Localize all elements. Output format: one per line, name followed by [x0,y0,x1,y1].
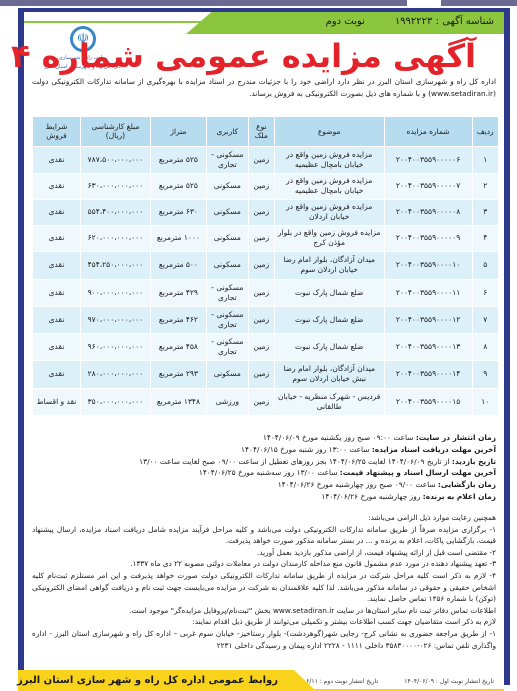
cell-terms: نقدی [33,360,81,388]
cell-subject: مزایده فروش زمین واقع در خیابان اردلان [274,199,384,225]
top-bar [0,0,517,6]
cell-price: ۶۳۰،۰۰۰،۰۰۰،۰۰۰ [80,173,150,199]
cell-ownership: زمین [248,146,274,173]
cell-terms: نقدی [33,225,81,251]
cell-subject: میدان آزادگان، بلوار امام رضا خیابان ارد… [274,251,384,279]
page-title: آگهی مزایده عمومی شماره ۴ [11,37,476,75]
cell-terms: نقدی [33,279,81,306]
cell-area: ۵۲۵ مترمربع [150,146,206,173]
cell-ownership: زمین [248,306,274,333]
cell-terms: نقدی [33,333,81,360]
cell-ownership: زمین [248,173,274,199]
note-line: همچنین رعایت موارد ذیل الزامی می‌باشد: [32,512,496,524]
schedule-value: ساعت ۰۹:۰۰ صبح روز یکشنبه مورخ ۱۴۰۴/۰۶/۰… [263,433,416,442]
cell-usage: مسکونی [206,225,248,251]
table-row: ۵ ۲۰۰۴۰۰۳۵۵۹۰۰۰۰۱۰ میدان آزادگان، بلوار … [33,251,499,279]
cell-price: ۳۵۰،۰۰۰،۰۰۰،۰۰۰ [80,388,150,415]
table-row: ۷ ۲۰۰۴۰۰۳۵۵۹۰۰۰۰۱۲ ضلع شمال پارک نبوت زم… [33,306,499,333]
cell-auction-no: ۲۰۰۴۰۰۳۵۵۹۰۰۰۰۱۲ [384,306,472,333]
cell-usage: مسکونی - تجاری [206,279,248,306]
cell-terms: نقدی [33,146,81,173]
table-row: ۴ ۲۰۰۴۰۰۳۵۵۹۰۰۰۰۰۹ مزایده فروش زمین واقع… [33,225,499,251]
cell-row: ۸ [472,333,498,360]
cell-price: ۹۷۰،۰۰۰،۰۰۰،۰۰۰ [80,306,150,333]
cell-area: ۵۲۵ مترمربع [150,173,206,199]
note-line: ۱- برگزاری مزایده صرفاً از طریق سامانه ت… [32,524,496,547]
cell-subject: فردیس - شهرک منظریه - خیابان طالقانی [274,388,384,415]
col-area: متراژ [150,117,206,146]
cell-ownership: زمین [248,251,274,279]
schedule-line: تاریخ بازدید: از تاریخ ۱۴۰۴/۰۶/۰۹ لغایت … [32,456,496,468]
notice-frame: شناسه آگهی : ۱۹۹۲۲۲۳ نوبت دوم ☫ وزارت را… [18,8,510,685]
cell-usage: ورزشی [206,388,248,415]
cell-auction-no: ۲۰۰۴۰۰۳۵۵۹۰۰۰۰۰۶ [384,146,472,173]
schedule-line: زمان اعلام به برنده: روز چهارشنبه مورخ ۱… [32,491,496,503]
cell-ownership: زمین [248,360,274,388]
schedule-label: زمان اعلام به برنده: [423,492,496,501]
cell-ownership: زمین [248,199,274,225]
cell-usage: مسکونی [206,251,248,279]
schedule-label: آخرین مهلت ارسال اسناد و پیشنهاد قیمت: [340,468,496,477]
schedule-value: ساعت ۱۳:۰۰ روز شنبه مورخ ۱۴۰۴/۰۶/۱۵ [241,445,372,454]
cell-usage: مسکونی [206,199,248,225]
ad-id: شناسه آگهی : ۱۹۹۲۲۲۳ [395,16,494,27]
cell-auction-no: ۲۰۰۴۰۰۳۵۵۹۰۰۰۰۱۰ [384,251,472,279]
cell-auction-no: ۲۰۰۴۰۰۳۵۵۹۰۰۰۰۱۳ [384,333,472,360]
cell-subject: ضلع شمال پارک نبوت [274,306,384,333]
cell-usage: مسکونی [206,173,248,199]
cell-auction-no: ۲۰۰۴۰۰۳۵۵۹۰۰۰۰۱۱ [384,279,472,306]
note-line: ۱- از طریق مراجعه حضوری به نشانی کرج- رج… [32,628,496,651]
schedule-value: ساعت ۰۹/۰۰ صبح روز چهارشنبه مورخ ۱۴۰۴/۰۶… [278,480,438,489]
cell-subject: مزایده فروش زمین واقع در بلوار مؤذن کرج [274,225,384,251]
cell-row: ۱ [472,146,498,173]
schedule-label: زمان انتشار در سایت: [416,433,496,442]
table-row: ۶ ۲۰۰۴۰۰۳۵۵۹۰۰۰۰۱۱ ضلع شمال پارک نبوت زم… [33,279,499,306]
cell-area: ۲۹۳ مترمربع [150,360,206,388]
first-publication-date: تاریخ انتشار نوبت اول : ۱۴۰۴/۰۶/۰۹ [404,678,494,685]
col-auction-no: شماره مزایده [384,117,472,146]
table-row: ۱ ۲۰۰۴۰۰۳۵۵۹۰۰۰۰۰۶ مزایده فروش زمین واقع… [33,146,499,173]
table-row: ۲ ۲۰۰۴۰۰۳۵۵۹۰۰۰۰۰۷ مزایده فروش زمین واقع… [33,173,499,199]
cell-usage: مسکونی - تجاری [206,306,248,333]
cell-price: ۵۵۴،۴۰۰،۰۰۰،۰۰۰ [80,199,150,225]
schedule-line: زمان بازگشایی: ساعت ۰۹/۰۰ صبح روز چهارشن… [32,479,496,491]
schedule-label: تاریخ بازدید: [452,457,496,466]
table-row: ۹ ۲۰۰۴۰۰۳۵۵۹۰۰۰۰۱۴ میدان آزادگان، بلوار … [33,360,499,388]
table-row: ۱۰ ۲۰۰۴۰۰۳۵۵۹۰۰۰۰۱۵ فردیس - شهرک منظریه … [33,388,499,415]
cell-area: ۴۵۸ مترمربع [150,333,206,360]
table-row: ۸ ۲۰۰۴۰۰۳۵۵۹۰۰۰۰۱۳ ضلع شمال پارک نبوت زم… [33,333,499,360]
cell-auction-no: ۲۰۰۴۰۰۳۵۵۹۰۰۰۰۰۸ [384,199,472,225]
col-subject: موضوع [274,117,384,146]
cell-auction-no: ۲۰۰۴۰۰۳۵۵۹۰۰۰۰۱۴ [384,360,472,388]
col-ownership: نوع ملک [248,117,274,146]
cell-row: ۵ [472,251,498,279]
cell-area: ۱۰۰۰ مترمربع [150,225,206,251]
cell-row: ۷ [472,306,498,333]
schedule-block: زمان انتشار در سایت: ساعت ۰۹:۰۰ صبح روز … [32,432,496,503]
cell-terms: نقدی [33,199,81,225]
cell-price: ۲۸۰،۰۰۰،۰۰۰،۰۰۰ [80,360,150,388]
cell-row: ۳ [472,199,498,225]
cell-price: ۷۸۷،۵۰۰،۰۰۰،۰۰۰ [80,146,150,173]
cell-area: ۴۶۲ مترمربع [150,306,206,333]
cell-area: ۶۳۰ مترمربع [150,199,206,225]
note-line: ۳- تعهد پیشنهاد دهنده در مورد عدم مشمول … [32,558,496,570]
cell-price: ۹۰۰،۰۰۰،۰۰۰،۰۰۰ [80,279,150,306]
cell-price: ۶۲۰،۰۰۰،۰۰۰،۰۰۰ [80,225,150,251]
cell-auction-no: ۲۰۰۴۰۰۳۵۵۹۰۰۰۰۱۵ [384,388,472,415]
cell-price: ۹۶۰،۰۰۰،۰۰۰،۰۰۰ [80,333,150,360]
footer-organization: روابط عمومی اداره کل راه و شهر سازی استا… [28,675,278,686]
table-row: ۳ ۲۰۰۴۰۰۳۵۵۹۰۰۰۰۰۸ مزایده فروش زمین واقع… [33,199,499,225]
cell-ownership: زمین [248,225,274,251]
cell-row: ۲ [472,173,498,199]
note-line: لازم به ذکر است متقاضیان جهت کسب اطلاعات… [32,616,496,628]
note-line: ۲- مقتضی است قبل از ارائه پیشنهاد قیمت، … [32,547,496,559]
cell-row: ۱۰ [472,388,498,415]
cell-row: ۶ [472,279,498,306]
col-row: ردیف [472,117,498,146]
top-bar-notch [407,0,441,6]
schedule-label: زمان بازگشایی: [438,480,496,489]
schedule-value: از تاریخ ۱۴۰۴/۰۶/۰۹ لغایت ۱۴۰۴/۰۶/۲۵ بجز… [139,457,452,466]
table-header-row: ردیف شماره مزایده موضوع نوع ملک کاربری م… [33,117,499,146]
cell-usage: مسکونی - تجاری [206,333,248,360]
col-usage: کاربری [206,117,248,146]
cell-ownership: زمین [248,388,274,415]
cell-terms: نقد و اقساط [33,388,81,415]
auction-table: ردیف شماره مزایده موضوع نوع ملک کاربری م… [32,117,498,415]
cell-subject: ضلع شمال پارک نبوت [274,279,384,306]
cell-area: ۴۲۹ مترمربع [150,279,206,306]
cell-subject: مزایده فروش زمین واقع در خیابان بامچال ع… [274,146,384,173]
cell-row: ۴ [472,225,498,251]
notes-block: همچنین رعایت موارد ذیل الزامی می‌باشد: ۱… [32,512,496,651]
cell-area: ۵۰۰ مترمربع [150,251,206,279]
cell-terms: نقدی [33,251,81,279]
header-info: شناسه آگهی : ۱۹۹۲۲۲۳ نوبت دوم [326,16,494,27]
cell-usage: مسکونی [206,360,248,388]
cell-terms: نقدی [33,173,81,199]
publication-dates: تاریخ انتشار نوبت اول : ۱۴۰۴/۰۶/۰۹ تاریخ… [288,678,494,685]
schedule-line: زمان انتشار در سایت: ساعت ۰۹:۰۰ صبح روز … [32,432,496,444]
cell-usage: مسکونی - تجاری [206,146,248,173]
schedule-value: ساعت ۱۳/۰۰ روز سه‌شنبه مورخ ۱۴۰۴/۰۶/۲۵ [199,468,340,477]
cell-subject: مزایده فروش زمین واقع در خیابان بامچال ع… [274,173,384,199]
round-label: نوبت دوم [326,16,365,27]
col-terms: شرایط فروش [33,117,81,146]
cell-subject: میدان آزادگان، بلوار امام رضا نبش خیابان… [274,360,384,388]
cell-auction-no: ۲۰۰۴۰۰۳۵۵۹۰۰۰۰۰۹ [384,225,472,251]
intro-paragraph: اداره کل راه و شهرسازی استان البرز در نظ… [32,76,496,100]
schedule-line: آخرین مهلت ارسال اسناد و پیشنهاد قیمت: س… [32,467,496,479]
schedule-value: روز چهارشنبه مورخ ۱۴۰۴/۰۶/۲۶ [321,492,422,501]
cell-subject: ضلع شمال پارک نبوت [274,333,384,360]
cell-area: ۱۳۴۸ مترمربع [150,388,206,415]
cell-auction-no: ۲۰۰۴۰۰۳۵۵۹۰۰۰۰۰۷ [384,173,472,199]
note-line: اطلاعات تماس دفاتر ثبت نام سایر استان‌ها… [32,605,496,617]
cell-terms: نقدی [33,306,81,333]
cell-row: ۹ [472,360,498,388]
schedule-line: آخرین مهلت دریافت اسناد مزایده: ساعت ۱۳:… [32,444,496,456]
col-price: مبلغ کارشناسی (ریال) [80,117,150,146]
cell-ownership: زمین [248,279,274,306]
note-line: ۴- لازم به ذکر است کلیه مراحل شرکت در مز… [32,570,496,605]
cell-price: ۴۵۴،۲۵۰،۰۰۰،۰۰۰ [80,251,150,279]
schedule-label: آخرین مهلت دریافت اسناد مزایده: [372,445,496,454]
cell-ownership: زمین [248,333,274,360]
